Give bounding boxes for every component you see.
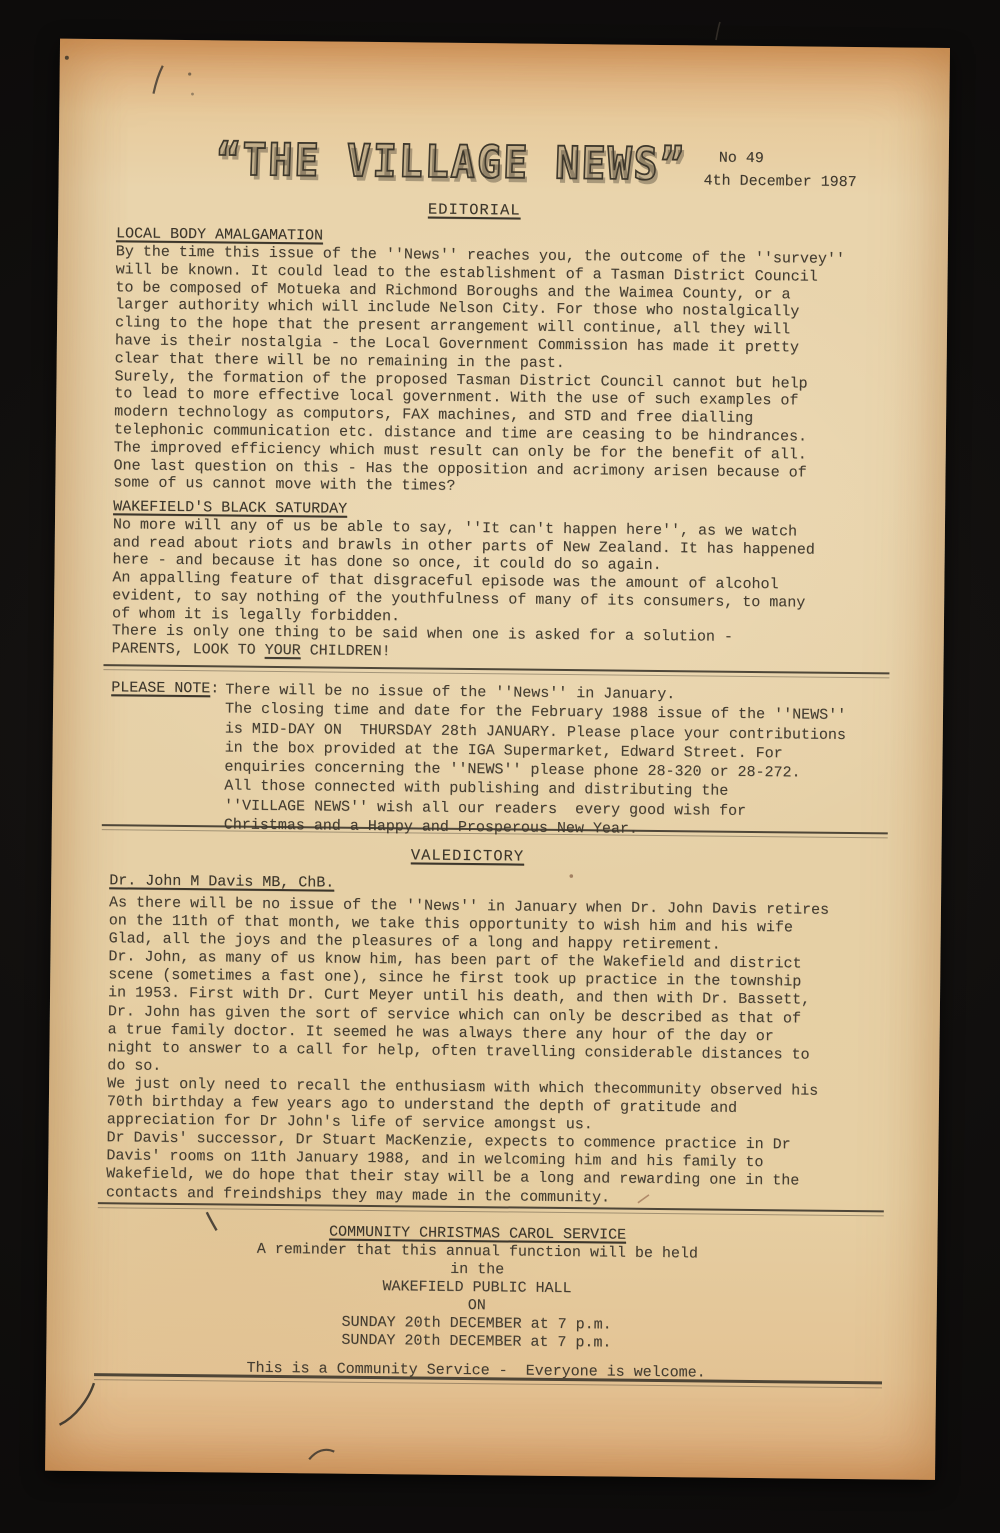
backing-scratch [712,20,726,42]
closing-underlined-word: YOUR [265,642,301,659]
notice-label-colon: : [210,680,219,697]
carol-service-body: A reminder that this annual function wil… [76,1239,877,1355]
closing-suffix: CHILDREN! [301,642,391,660]
notice-label-text: PLEASE NOTE [111,679,210,697]
article-body-local-body: By the time this issue of the ''News'' r… [113,243,845,500]
masthead-title: “THE VILLAGE NEWS” [215,134,777,191]
issue-number: No 49 [719,150,764,167]
article-body-black-saturday: No more will any of us be able to say, '… [112,516,815,647]
notice-body: There will be no issue of the ''News'' i… [224,680,847,841]
ink-speck [567,872,575,880]
closing-prefix: PARENTS, LOOK TO [112,640,265,659]
pen-mark-curve [57,1381,98,1429]
ink-specks [185,70,197,98]
article-heading-black-saturday: WAKEFIELD'S BLACK SATURDAY [113,498,347,517]
editorial-section: EDITORIAL [70,197,878,223]
issue-date: 4th December 1987 [704,172,857,191]
carol-service-heading: COMMUNITY CHRISTMAS CAROL SERVICE [329,1224,626,1244]
valedictory-section-title: VALEDICTORY [411,846,525,865]
valedictory-body: As there will be no issue of the ''News'… [106,894,829,1209]
photograph-of-newsletter: { "masthead": { "title": "\u201CTHE VILL… [0,0,1000,1533]
article-heading-local-body: LOCAL BODY AMALGAMATION [116,225,323,244]
newsletter-page: “THE VILLAGE NEWS” No 49 4th December 19… [45,39,950,1480]
article-closing-line: PARENTS, LOOK TO YOUR CHILDREN! [112,640,391,660]
editorial-section-title: EDITORIAL [428,201,521,220]
section-divider-rule [103,664,889,678]
ink-speck [62,53,72,63]
valedictory-heading: Dr. John M Davis MB, ChB. [109,872,334,891]
valedictory-section: VALEDICTORY [63,843,871,869]
pen-mark-tick [307,1445,337,1463]
notice-label: PLEASE NOTE: [111,679,219,697]
pen-mark [149,64,167,96]
